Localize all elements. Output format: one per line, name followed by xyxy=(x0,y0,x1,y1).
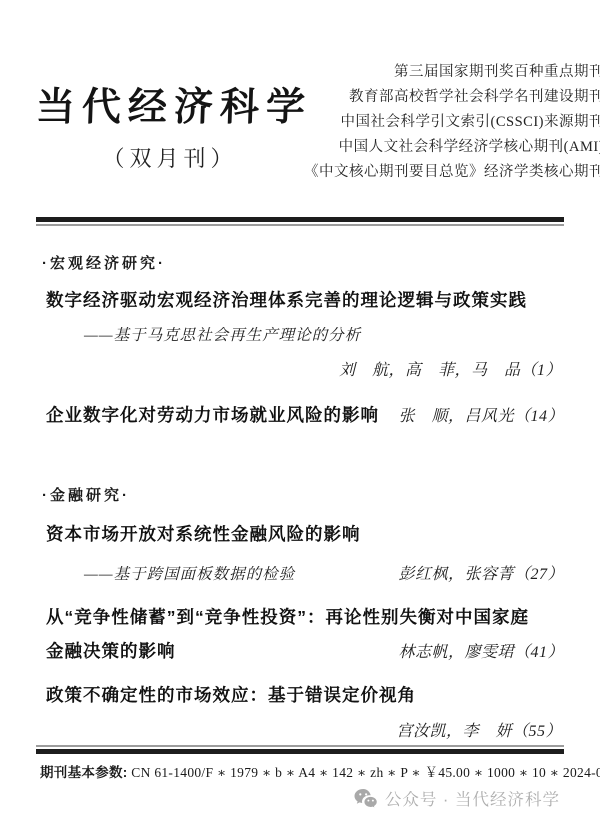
article-title-line1: 从“竞争性储蓄”到“竞争性投资”：再论性别失衡对中国家庭 xyxy=(36,604,564,630)
page-footer: 期刊基本参数: CN 61-1400/F ∗ 1979 ∗ b ∗ A4 ∗ 1… xyxy=(36,761,564,810)
journal-parameters: 期刊基本参数: CN 61-1400/F ∗ 1979 ∗ b ∗ A4 ∗ 1… xyxy=(36,761,564,781)
article-authors: 林志帆，廖雯珺（41） xyxy=(398,639,564,662)
journal-frequency: （双月刊） xyxy=(36,142,304,173)
article-authors: 刘 航，高 菲，马 品（1） xyxy=(36,357,564,380)
article-title: 政策不确定性的市场效应：基于错误定价视角 xyxy=(36,682,564,708)
section-label-macroeconomics: ·宏观经济研究· xyxy=(36,252,564,273)
article-subtitle: ——基于跨国面板数据的检验 xyxy=(36,562,295,584)
journal-toc-page: 当代经济科学 （双月刊） 第三届国家期刊奖百种重点期刊 教育部高校哲学社会科学名… xyxy=(0,0,600,815)
wechat-watermark: 公众号 · 当代经济科学 xyxy=(36,786,564,810)
divider-thick-line xyxy=(36,749,564,754)
journal-title: 当代经济科学 xyxy=(35,76,305,132)
toc-article: 资本市场开放对系统性金融风险的影响 ——基于跨国面板数据的检验 彭红枫，张容菁（… xyxy=(36,521,564,584)
article-title: 资本市场开放对系统性金融风险的影响 xyxy=(36,521,564,547)
parameters-value: CN 61-1400/F ∗ 1979 ∗ b ∗ A4 ∗ 142 ∗ zh … xyxy=(131,765,600,780)
honor-line: 中国人文社会科学经济学核心期刊(AMI) xyxy=(304,135,600,160)
masthead: 当代经济科学 （双月刊） 第三届国家期刊奖百种重点期刊 教育部高校哲学社会科学名… xyxy=(36,58,564,185)
article-title: 数字经济驱动宏观经济治理体系完善的理论逻辑与政策实践 xyxy=(36,287,564,313)
article-authors: 张 顺，吕风光（14） xyxy=(398,403,564,426)
toc-article: 从“竞争性储蓄”到“竞争性投资”：再论性别失衡对中国家庭 金融决策的影响 林志帆… xyxy=(36,604,564,664)
wechat-icon xyxy=(354,788,378,809)
article-row: 金融决策的影响 林志帆，廖雯珺（41） xyxy=(36,638,564,664)
journal-honors-list: 第三届国家期刊奖百种重点期刊 教育部高校哲学社会科学名刊建设期刊 中国社会科学引… xyxy=(304,58,600,185)
article-authors: 彭红枫，张容菁（27） xyxy=(398,561,564,584)
toc-article: 企业数字化对劳动力市场就业风险的影响 张 顺，吕风光（14） xyxy=(36,402,564,428)
honor-line: 中国社会科学引文索引(CSSCI)来源期刊 xyxy=(304,110,600,135)
article-row: 企业数字化对劳动力市场就业风险的影响 张 顺，吕风光（14） xyxy=(36,402,564,428)
divider-bottom xyxy=(36,745,564,754)
parameters-label: 期刊基本参数: xyxy=(40,765,128,780)
divider-thin-line xyxy=(36,224,564,226)
honor-line: 教育部高校哲学社会科学名刊建设期刊 xyxy=(304,85,600,110)
toc-article: 政策不确定性的市场效应：基于错误定价视角 宫汝凯，李 妍（55） xyxy=(36,682,564,741)
table-of-contents: ·宏观经济研究· 数字经济驱动宏观经济治理体系完善的理论逻辑与政策实践 ——基于… xyxy=(36,252,564,741)
article-subtitle: ——基于马克思社会再生产理论的分析 xyxy=(36,323,564,345)
article-title-line2: 金融决策的影响 xyxy=(36,638,176,664)
article-title: 企业数字化对劳动力市场就业风险的影响 xyxy=(36,402,379,428)
article-authors: 宫汝凯，李 妍（55） xyxy=(36,718,564,741)
article-row: ——基于跨国面板数据的检验 彭红枫，张容菁（27） xyxy=(36,561,564,584)
journal-brand: 当代经济科学 （双月刊） xyxy=(36,58,304,173)
honor-line: 第三届国家期刊奖百种重点期刊 xyxy=(304,60,600,85)
divider-top xyxy=(36,217,564,226)
toc-article: 数字经济驱动宏观经济治理体系完善的理论逻辑与政策实践 ——基于马克思社会再生产理… xyxy=(36,287,564,380)
watermark-text: 公众号 · 当代经济科学 xyxy=(385,786,560,810)
honor-line: 《中文核心期刊要目总览》经济学类核心期刊 xyxy=(304,160,600,185)
section-label-finance: ·金融研究· xyxy=(36,484,564,505)
